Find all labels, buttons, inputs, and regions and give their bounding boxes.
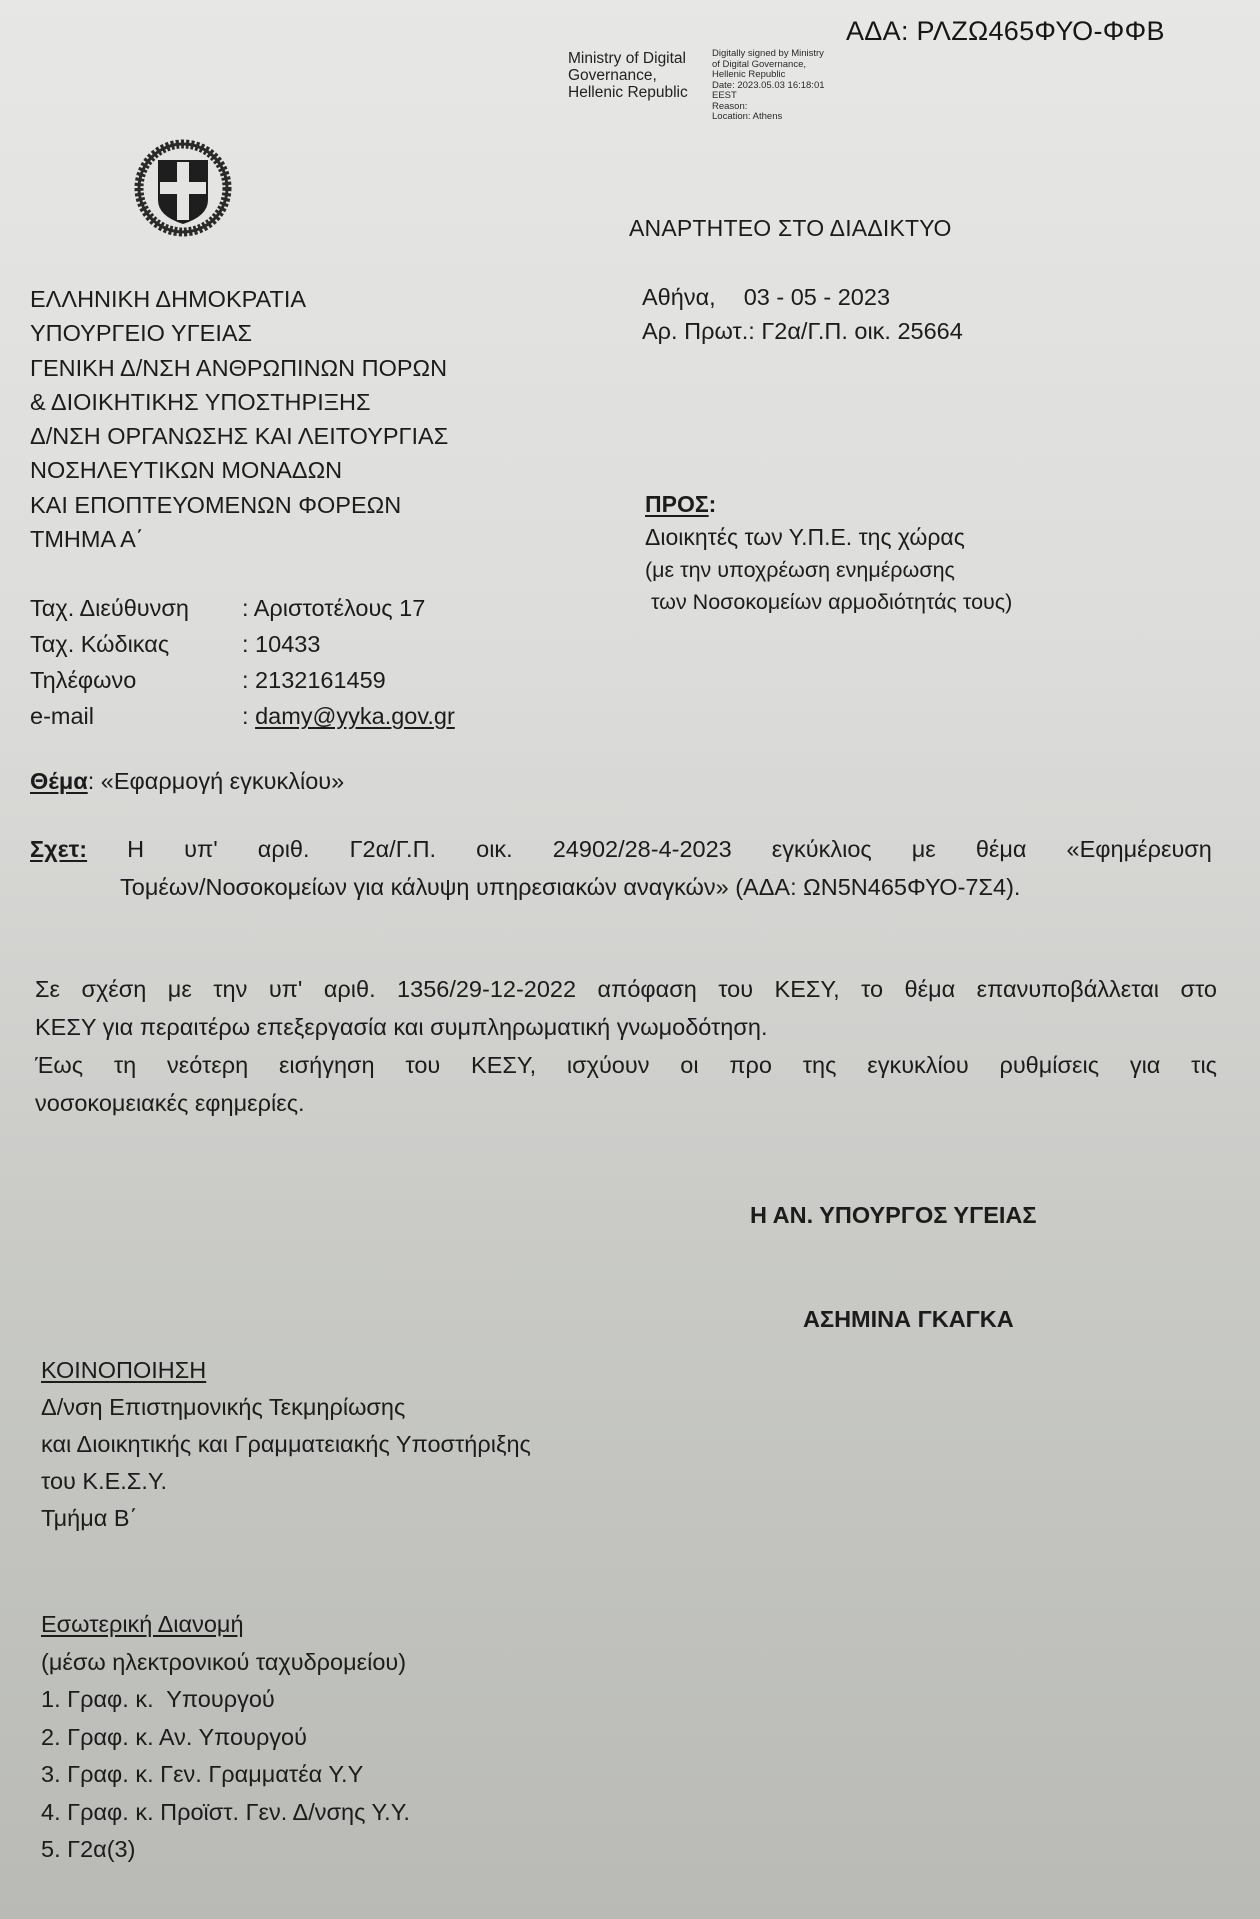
contact-label: Τηλέφωνο [30,662,242,698]
issuer-line: ΚΑΙ ΕΠΟΠΤΕΥΟΜΕΝΩΝ ΦΟΡΕΩΝ [30,488,448,522]
signature-detail: Location: Athens [712,112,825,123]
ada-code: ΑΔΑ: ΡΛΖΩ465ΦΥΟ-ΦΦΒ [846,16,1165,47]
contact-row-address: Ταχ. Διεύθυνση: Αριστοτέλους 17 [30,590,455,626]
signer-line: Governance, [568,67,688,84]
cc-line: Τμήμα Β΄ [41,1500,531,1537]
recipient-note: (με την υποχρέωση ενημέρωσης [645,554,1012,586]
email-link[interactable]: damy@yyka.gov.gr [255,698,455,734]
signer-line: Hellenic Republic [568,84,688,101]
contact-block: Ταχ. Διεύθυνση: Αριστοτέλους 17 Ταχ. Κώδ… [30,590,455,734]
internal-distribution: Εσωτερική Διανομή (μέσω ηλεκτρονικού ταχ… [41,1606,410,1869]
signature-detail: EEST [712,91,825,102]
cc-block: ΚΟΙΝΟΠΟΙΗΣΗ Δ/νση Επιστημονικής Τεκμηρίω… [41,1352,531,1537]
related-word: 24902/28-4-2023 [553,830,732,868]
signature-detail: Digitally signed by Ministry [712,49,825,60]
issuer-line: Δ/ΝΣΗ ΟΡΓΑΝΩΣΗΣ ΚΑΙ ΛΕΙΤΟΥΡΓΙΑΣ [30,419,448,453]
related-word: εγκύκλιος [772,830,872,868]
distribution-subheading: (μέσω ηλεκτρονικού ταχυδρομείου) [41,1644,410,1682]
document-date: 03 - 05 - 2023 [744,284,890,310]
distribution-item: 1. Γραφ. κ. Υπουργού [41,1681,410,1719]
issuer-line: ΓΕΝΙΚΗ Δ/ΝΣΗ ΑΝΘΡΩΠΙΝΩΝ ΠΟΡΩΝ [30,351,448,385]
signatory-title: Η ΑΝ. ΥΠΟΥΡΓΟΣ ΥΓΕΙΑΣ [750,1202,1037,1229]
subject-label: Θέμα [30,768,88,794]
contact-value: : 2132161459 [242,662,386,698]
recipient-heading-colon: : [709,491,717,517]
related-word: «Εφημέρευση [1067,830,1212,868]
related-word: Γ2α/Γ.Π. [350,830,437,868]
cc-heading: ΚΟΙΝΟΠΟΙΗΣΗ [41,1352,531,1389]
cc-line: και Διοικητικής και Γραμματειακής Υποστή… [41,1426,531,1463]
digital-signature-details: Digitally signed by Ministry of Digital … [712,49,825,123]
cc-line: Δ/νση Επιστημονικής Τεκμηρίωσης [41,1389,531,1426]
related-word: με [912,830,936,868]
distribution-item: 2. Γραφ. κ. Αν. Υπουργού [41,1719,410,1757]
distribution-item: 4. Γραφ. κ. Προϊστ. Γεν. Δ/νσης Υ.Υ. [41,1794,410,1832]
related-word: Η [127,830,144,868]
contact-row-phone: Τηλέφωνο: 2132161459 [30,662,455,698]
subject-text: : «Εφαρμογή εγκυκλίου» [88,768,345,794]
post-online-notice: ΑΝΑΡΤΗΤΕΟ ΣΤΟ ΔΙΑΔΙΚΤΥΟ [629,215,952,242]
related-label: Σχετ: [30,830,87,868]
recipient-note: των Νοσοκομείων αρμοδιότητάς τους) [645,586,1012,618]
related-word: αριθ. [258,830,310,868]
recipient-block: ΠΡΟΣ: Διοικητές των Υ.Π.Ε. της χώρας (με… [645,488,1012,618]
related-reference: Σχετ: Ηυπ'αριθ.Γ2α/Γ.Π.οικ.24902/28-4-20… [30,830,1212,906]
body-line: Σε σχέση με την υπ' αριθ. 1356/29-12-202… [35,970,1217,1008]
issuer-line: ΝΟΣΗΛΕΥΤΙΚΩΝ ΜΟΝΑΔΩΝ [30,453,448,487]
protocol-number: Αρ. Πρωτ.: Γ2α/Γ.Π. οικ. 25664 [642,314,963,348]
contact-row-postcode: Ταχ. Κώδικας: 10433 [30,626,455,662]
distribution-heading: Εσωτερική Διανομή [41,1606,410,1644]
cc-line: του Κ.Ε.Σ.Υ. [41,1463,531,1500]
digital-signature-signer: Ministry of Digital Governance, Hellenic… [568,50,688,101]
recipient-line: Διοικητές των Υ.Π.Ε. της χώρας [645,521,1012,554]
contact-row-email: e-mail: damy@yyka.gov.gr [30,698,455,734]
related-line2: Τομέων/Νοσοκομείων για κάλυψη υπηρεσιακώ… [30,868,1212,906]
contact-value: : Αριστοτέλους 17 [242,590,425,626]
contact-value: : 10433 [242,626,320,662]
greek-coat-of-arms-icon [132,138,234,238]
issuer-line: ΕΛΛΗΝΙΚΗ ΔΗΜΟΚΡΑΤΙΑ [30,282,448,316]
signatory-name: ΑΣΗΜΙΝΑ ΓΚΑΓΚΑ [803,1306,1014,1333]
contact-label: Ταχ. Κώδικας [30,626,242,662]
date-protocol-block: Αθήνα,03 - 05 - 2023 Αρ. Πρωτ.: Γ2α/Γ.Π.… [642,280,963,348]
body-line: νοσοκομειακές εφημερίες. [35,1084,1217,1122]
contact-label: e-mail [30,698,242,734]
body-line: Έως τη νεότερη εισήγηση του ΚΕΣΥ, ισχύου… [35,1046,1217,1084]
signer-line: Ministry of Digital [568,50,688,67]
issuer-block: ΕΛΛΗΝΙΚΗ ΔΗΜΟΚΡΑΤΙΑ ΥΠΟΥΡΓΕΙΟ ΥΓΕΙΑΣ ΓΕΝ… [30,282,448,556]
issuer-line: ΤΜΗΜΑ Α΄ [30,522,448,556]
issuer-line: & ΔΙΟΙΚΗΤΙΚΗΣ ΥΠΟΣΤΗΡΙΞΗΣ [30,385,448,419]
contact-label: Ταχ. Διεύθυνση [30,590,242,626]
distribution-item: 3. Γραφ. κ. Γεν. Γραμματέα Υ.Υ [41,1756,410,1794]
place: Αθήνα, [642,284,716,310]
related-word: θέμα [976,830,1027,868]
body-text: Σε σχέση με την υπ' αριθ. 1356/29-12-202… [35,970,1217,1122]
contact-prefix: : [242,698,255,734]
subject-line: Θέμα: «Εφαρμογή εγκυκλίου» [30,768,344,795]
body-line: ΚΕΣΥ για περαιτέρω επεξεργασία και συμπλ… [35,1008,1217,1046]
related-word: υπ' [184,830,218,868]
recipient-heading: ΠΡΟΣ [645,491,709,517]
issuer-line: ΥΠΟΥΡΓΕΙΟ ΥΓΕΙΑΣ [30,316,448,350]
related-word: οικ. [476,830,513,868]
distribution-item: 5. Γ2α(3) [41,1831,410,1869]
signature-detail: Hellenic Republic [712,70,825,81]
